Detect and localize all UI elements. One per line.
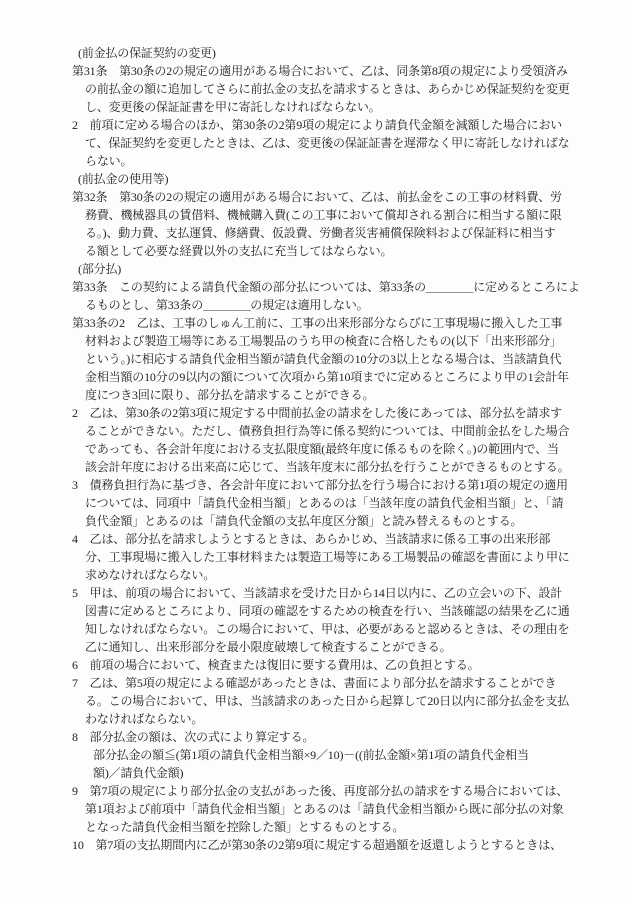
- document-line: るものとし、第33条の＿＿＿＿の規定は適用しない。: [72, 296, 594, 314]
- document-line: 4 乙は、部分払を請求しようとするときは、あらかじめ、当該請求に係る工事の出来形…: [72, 530, 594, 548]
- document-line: 求めなければならない。: [72, 566, 594, 584]
- document-line: らない。: [72, 152, 594, 170]
- document-line: 5 甲は、前項の場合において、当該請求を受けた日から14日以内に、乙の立会いの下…: [72, 584, 594, 602]
- document-line: という。)に相応する請負代金相当額が請負代金額の10分の3以上となる場合は、当該…: [72, 350, 594, 368]
- document-line: 乙に通知し、出来形部分を最小限度破壊して検査することができる。: [72, 638, 594, 656]
- document-line: については、同項中「請負代金相当額」とあるのは「当該年度の請負代金相当額」と、「…: [72, 494, 594, 512]
- document-line: 金相当額の10分の9以内の額について次項から第10項までに定めるところにより甲の…: [72, 368, 594, 386]
- document-line: 額)／請負代金額): [72, 764, 594, 782]
- document-line: 7 乙は、第5項の規定による確認があったときは、書面により部分払を請求することが…: [72, 674, 594, 692]
- document-line: ることができない。ただし、債務負担行為等に係る契約については、中間前金払をした場…: [72, 422, 594, 440]
- document-line: 負代金額」とあるのは「請負代金額の支払年度区分額」と読み替えるものとする。: [72, 512, 594, 530]
- document-line: わなければならない。: [72, 710, 594, 728]
- document-line: となった請負代金相当額を控除した額」とするものとする。: [72, 818, 594, 836]
- document-line: 2 乙は、第30条の2第3項に規定する中間前払金の請求をした後にあっては、部分払…: [72, 404, 594, 422]
- document-line: 部分払金の額≦(第1項の請負代金相当額×9／10)－((前払金額×第1項の請負代…: [72, 746, 594, 764]
- document-line: (前払金の使用等): [72, 170, 594, 188]
- document-line: る。)、動力費、支払運賃、修繕費、仮設費、労働者災害補償保険料および保証料に相当…: [72, 224, 594, 242]
- document-line: 分、工事現場に搬入した工事材料または製造工場等にある工場製品の確認を書面により甲…: [72, 548, 594, 566]
- document-line: 第33条 この契約による請負代金額の部分払については、第33条の＿＿＿＿に定める…: [72, 278, 594, 296]
- document-line: 6 前項の場合において、検査または復旧に要する費用は、乙の負担とする。: [72, 656, 594, 674]
- document-line: し、変更後の保証証書を甲に寄託しなければならない。: [72, 98, 594, 116]
- contract-document-page: (前金払の保証契約の変更)第31条 第30条の2の規定の適用がある場合において、…: [0, 0, 630, 903]
- document-line: 第32条 第30条の2の規定の適用がある場合において、乙は、前払金をこの工事の材…: [72, 188, 594, 206]
- document-line: であっても、各会計年度における支払限度額(最終年度に係るものを除く。)の範囲内で…: [72, 440, 594, 458]
- document-line: る。この場合において、甲は、当該請求のあった日から起算して20日以内に部分払金を…: [72, 692, 594, 710]
- document-line: (前金払の保証契約の変更): [72, 44, 594, 62]
- document-line: の前払金の額に追加してさらに前払金の支払を請求するときは、あらかじめ保証契約を変…: [72, 80, 594, 98]
- document-line: 第31条 第30条の2の規定の適用がある場合において、乙は、同条第8項の規定によ…: [72, 62, 594, 80]
- document-line: 知しなければならない。この場合において、甲は、必要があると認めるときは、その理由…: [72, 620, 594, 638]
- document-line: 図書に定めるところにより、同項の確認をするための検査を行い、当該確認の結果を乙に…: [72, 602, 594, 620]
- document-line: 務費、機械器具の賃借料、機械購入費(この工事において償却される割合に相当する額に…: [72, 206, 594, 224]
- document-line: (部分払): [72, 260, 594, 278]
- document-line: 第1項および前項中「請負代金相当額」とあるのは「請負代金相当額から既に部分払の対…: [72, 800, 594, 818]
- document-line: 2 前項に定める場合のほか、第30条の2第9項の規定により請負代金額を減額した場…: [72, 116, 594, 134]
- document-line: 材料および製造工場等にある工場製品のうち甲の検査に合格したもの(以下「出来形部分…: [72, 332, 594, 350]
- document-line: 第33条の2 乙は、工事のしゅん工前に、工事の出来形部分ならびに工事現場に搬入し…: [72, 314, 594, 332]
- document-body: (前金払の保証契約の変更)第31条 第30条の2の規定の適用がある場合において、…: [72, 44, 594, 854]
- document-line: 該会計年度における出来高に応じて、当該年度末に部分払を行うことができるものとする…: [72, 458, 594, 476]
- document-line: て、保証契約を変更したときは、乙は、変更後の保証証書を遅滞なく甲に寄託しなければ…: [72, 134, 594, 152]
- document-line: 3 債務負担行為に基づき、各会計年度において部分払を行う場合における第1項の規定…: [72, 476, 594, 494]
- document-line: 9 第7項の規定により部分払金の支払があった後、再度部分払の請求をする場合におい…: [72, 782, 594, 800]
- document-line: 10 第7項の支払期間内に乙が第30条の2第9項に規定する超過額を返還しようとす…: [72, 836, 594, 854]
- document-line: 度につき3回に限り、部分払を請求することができる。: [72, 386, 594, 404]
- document-line: 8 部分払金の額は、次の式により算定する。: [72, 728, 594, 746]
- document-line: る額として必要な経費以外の支払に充当してはならない。: [72, 242, 594, 260]
